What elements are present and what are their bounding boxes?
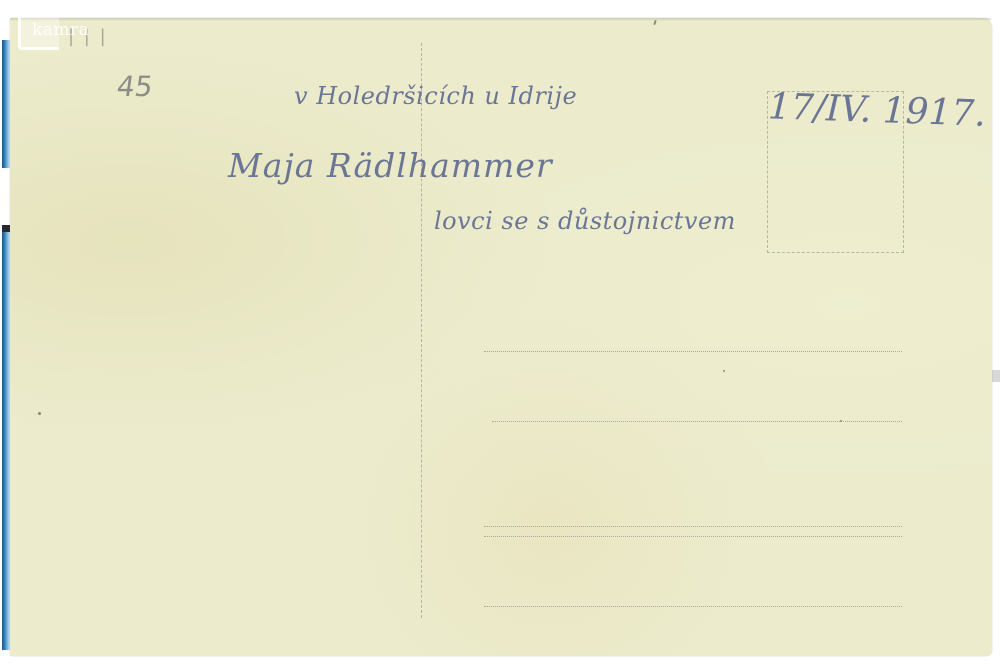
paper-speck xyxy=(38,412,41,415)
watermark-text: kamra xyxy=(32,20,89,40)
handwritten-caption: lovci se s důstojnictvem xyxy=(434,207,736,235)
address-line-4 xyxy=(484,536,902,537)
handwritten-name: Maja Rädlhammer xyxy=(228,146,553,185)
address-line-3 xyxy=(484,526,902,527)
paper-speck xyxy=(723,370,725,372)
scanner-background-mark xyxy=(992,370,1000,382)
catalog-number: 45 xyxy=(115,70,155,103)
postcard: | | | 45 v Holedršicích u Idrije 17/IV. … xyxy=(10,18,992,656)
scanner-edge xyxy=(2,40,10,650)
handwritten-date: 17/IV. 1917. xyxy=(767,86,986,135)
watermark-logo: kamra xyxy=(10,0,110,40)
handwritten-place: v Holedršicích u Idrije xyxy=(294,82,577,110)
address-line-1 xyxy=(484,351,902,352)
postcard-scan: | | | 45 v Holedršicích u Idrije 17/IV. … xyxy=(0,0,1000,668)
paper-speck xyxy=(653,20,657,25)
scanner-edge-gap xyxy=(2,168,10,226)
address-line-5 xyxy=(484,606,902,607)
paper-speck xyxy=(840,420,842,422)
center-divider xyxy=(421,43,422,618)
card-edge-shadow xyxy=(10,18,992,21)
